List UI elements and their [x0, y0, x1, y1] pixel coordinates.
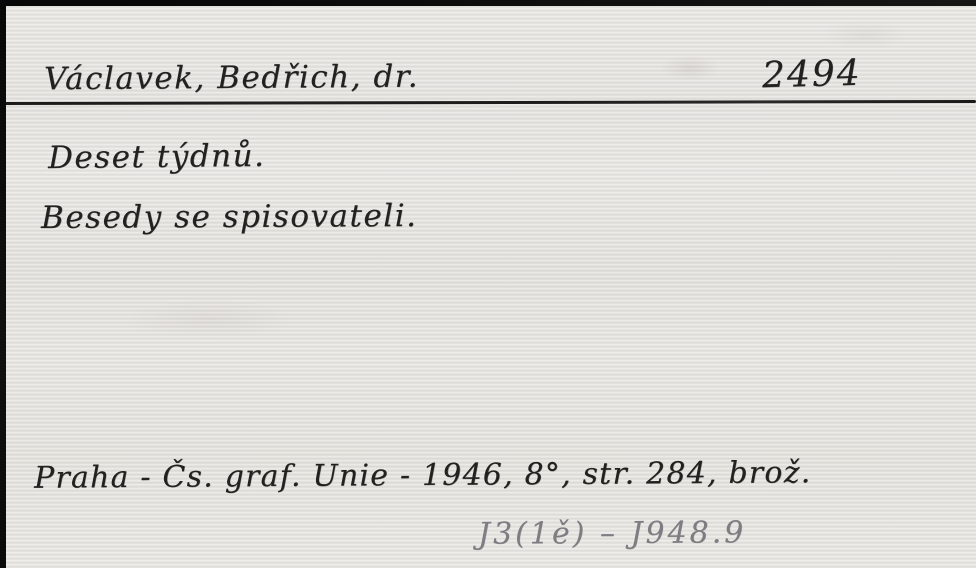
paper-smudge	[820, 20, 910, 50]
scan-edge-left	[0, 0, 6, 568]
scan-edge-top	[0, 0, 976, 6]
subtitle-line: Besedy se spisovateli.	[41, 198, 418, 236]
paper-smudge	[120, 300, 300, 340]
header-rule	[0, 100, 976, 105]
classification-code: J3(1ě) – J948.9	[478, 515, 747, 551]
card-number: 2494	[761, 53, 862, 97]
paper-smudge	[660, 55, 720, 81]
title-line: Deset týdnů.	[48, 138, 266, 176]
catalog-card-scan: Václavek, Bedřich, dr. 2494 Deset týdnů.…	[0, 0, 976, 568]
author-heading: Václavek, Bedřich, dr.	[44, 59, 419, 98]
imprint-line: Praha - Čs. graf. Unie - 1946, 8°, str. …	[34, 455, 812, 495]
